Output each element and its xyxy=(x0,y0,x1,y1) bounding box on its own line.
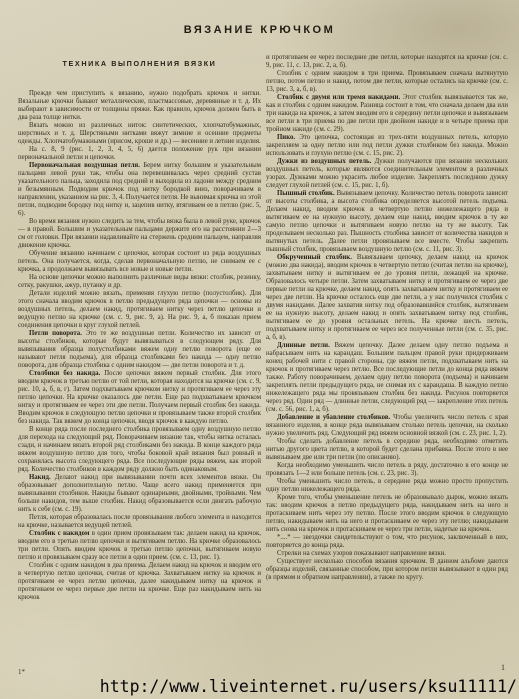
paragraph-text: Петля, которая образовалась после провяз… xyxy=(18,514,261,529)
paragraph-lead: Обкрученный столбик. xyxy=(277,254,357,261)
paragraph-lead: Дужки из воздушных петель. xyxy=(277,158,375,165)
paragraph-text: В конце ряда после последнего столбика п… xyxy=(18,426,261,473)
paragraph-text: Обучение вязанию начинаем с цепочки, кот… xyxy=(18,250,261,273)
paragraph: Обкрученный столбик. Вывязываем цепочку,… xyxy=(266,254,508,342)
paragraph-text: Вывязываем цепочку, делаем накид на крюч… xyxy=(266,254,508,341)
paragraph: Детали изделий можно вязать, применяя гл… xyxy=(18,290,261,330)
paragraph: Во время вязания нужно следить за тем, ч… xyxy=(18,218,261,250)
paragraph-text: На с. 8, 9 (рис. 1, 2, 3, 4, 5, 6) даетс… xyxy=(18,146,261,161)
paragraph-lead: Добавление и убавление столбиков. xyxy=(277,414,393,421)
paragraph-lead: Петли поворота. xyxy=(29,330,86,337)
paragraph: Прежде чем приступить к вязанию, нужно п… xyxy=(18,90,261,122)
paragraph-text: Стрелки на схемах узоров показывают напр… xyxy=(277,550,446,557)
watermark-url: http://www.liveinternet.ru/users/ksu1111… xyxy=(0,677,517,696)
paragraph: Пико. Это цепочка, состоящая из трех-пят… xyxy=(266,134,508,158)
paragraph-text: Вяжем цепочку. Далее делаем одну петлю п… xyxy=(266,342,508,413)
paragraph-text: Вывязываем цепочку. Количество петель по… xyxy=(266,190,508,253)
paragraph-lead: Столбики без накида. xyxy=(29,370,104,377)
paragraph: Стрелки на схемах узоров показывают напр… xyxy=(266,550,508,558)
paragraph: На основе цепочки можно выполнить различ… xyxy=(18,274,261,290)
paragraph-lead: Накид. xyxy=(29,474,55,481)
paragraph-text: Столбик с одним накидом в два приема. Де… xyxy=(18,562,261,601)
paragraph: Чтобы уменьшить число петель, в середине… xyxy=(266,478,508,494)
paragraph: и протягиваем ее через последние две пет… xyxy=(266,54,508,70)
paragraph: *....* — звездочки свидетельствуют о том… xyxy=(266,534,508,550)
paragraph: В конце ряда после последнего столбика п… xyxy=(18,426,261,474)
page-number: 1 xyxy=(501,663,505,672)
paragraph: Столбики без накида. После цепочки вяжем… xyxy=(18,370,261,426)
paragraph-text: Чтобы сделать добавление петель в середи… xyxy=(266,438,508,461)
paragraph: Кроме того, чтобы уменьшение петель не о… xyxy=(266,494,508,534)
paragraph: Петля, которая образовалась после провяз… xyxy=(18,514,261,530)
right-column: и протягиваем ее через последние две пет… xyxy=(266,54,508,582)
paragraph-text: Когда необходимо уменьшить число петель … xyxy=(266,462,508,477)
paragraph: Когда необходимо уменьшить число петель … xyxy=(266,462,508,478)
paragraph-text: Детали изделий можно вязать, применяя гл… xyxy=(18,290,261,329)
paragraph: Столбик с двумя или тремя накидами. Этот… xyxy=(266,94,508,134)
paragraph-text: Кроме того, чтобы уменьшение петель не о… xyxy=(266,494,508,533)
book-page: ВЯЗАНИЕ КРЮЧКОМ ТЕХНИКА ВЫПОЛНЕНИЯ ВЯЗКИ… xyxy=(0,0,519,699)
paragraph: Чтобы сделать добавление петель в середи… xyxy=(266,438,508,462)
paragraph-lead: Столбик с накидом xyxy=(29,530,92,537)
page-title: ВЯЗАНИЕ КРЮЧКОМ xyxy=(0,24,519,36)
paragraph-text: Это цепочка, состоящая из трех-пяти возд… xyxy=(266,134,508,157)
section-title: ТЕХНИКА ВЫПОЛНЕНИЯ ВЯЗКИ xyxy=(18,60,261,68)
paragraph-text: Чтобы уменьшить число петель, в середине… xyxy=(266,478,508,493)
paragraph-lead: Пышный столбик. xyxy=(277,190,337,197)
paragraph: Добавление и убавление столбиков. Чтобы … xyxy=(266,414,508,438)
paragraph: Длинные петли. Вяжем цепочку. Далее дела… xyxy=(266,342,508,414)
paragraph-lead: Пико. xyxy=(277,134,299,141)
paragraph-text: *....* — звездочки свидетельствуют о том… xyxy=(266,534,508,549)
paragraph-text: Прежде чем приступить к вязанию, нужно п… xyxy=(18,90,261,121)
paragraph-text: Вязать можно из различных ниток: синтети… xyxy=(18,122,261,145)
paragraph-text: Во время вязания нужно следить за тем, ч… xyxy=(18,218,261,249)
footnote-marker: 1* xyxy=(18,668,25,676)
paragraph: Столбик с накидом в один прием провязыва… xyxy=(18,530,261,562)
paragraph: Дужки из воздушных петель. Дужки получаю… xyxy=(266,158,508,190)
paragraph: Накид. Делают накид при вывязывании почт… xyxy=(18,474,261,514)
paragraph-text: и протягиваем ее через последние две пет… xyxy=(266,54,508,69)
paragraph-text: Существует несколько способов вязания кр… xyxy=(266,558,508,581)
paragraph: Столбик с одним накидом в два приема. Де… xyxy=(18,562,261,602)
paragraph: Вязать можно из различных ниток: синтети… xyxy=(18,122,261,146)
paragraph: Столбик с одним накидом в три приема. Пр… xyxy=(266,70,508,94)
paragraph-text: Делают накид при вывязывании почти всех … xyxy=(18,474,261,513)
paragraph: Обучение вязанию начинаем с цепочки, кот… xyxy=(18,250,261,274)
paragraph-text: Столбик с одним накидом в три приема. Пр… xyxy=(266,70,508,93)
paragraph-lead: Первоначальная воздушная петля. xyxy=(29,162,143,169)
paragraph: Петли поворота. Это те же воздушные петл… xyxy=(18,330,261,370)
paragraph-lead: Столбик с двумя или тремя накидами. xyxy=(277,94,403,101)
paragraph-text: После цепочки вяжем первый столбик. Для … xyxy=(18,370,261,425)
paragraph: Первоначальная воздушная петля. Берем ни… xyxy=(18,162,261,218)
paragraph: Пышный столбик. Вывязываем цепочку. Коли… xyxy=(266,190,508,254)
paragraph-text: Берем нитку большим и указательным пальц… xyxy=(18,162,261,217)
paragraph-lead: Длинные петли. xyxy=(277,342,334,349)
left-column: ТЕХНИКА ВЫПОЛНЕНИЯ ВЯЗКИ Прежде чем прис… xyxy=(18,60,261,602)
paragraph: Существует несколько способов вязания кр… xyxy=(266,558,508,582)
paragraph-text: На основе цепочки можно выполнить различ… xyxy=(18,274,261,289)
paragraph: На с. 8, 9 (рис. 1, 2, 3, 4, 5, 6) даетс… xyxy=(18,146,261,162)
